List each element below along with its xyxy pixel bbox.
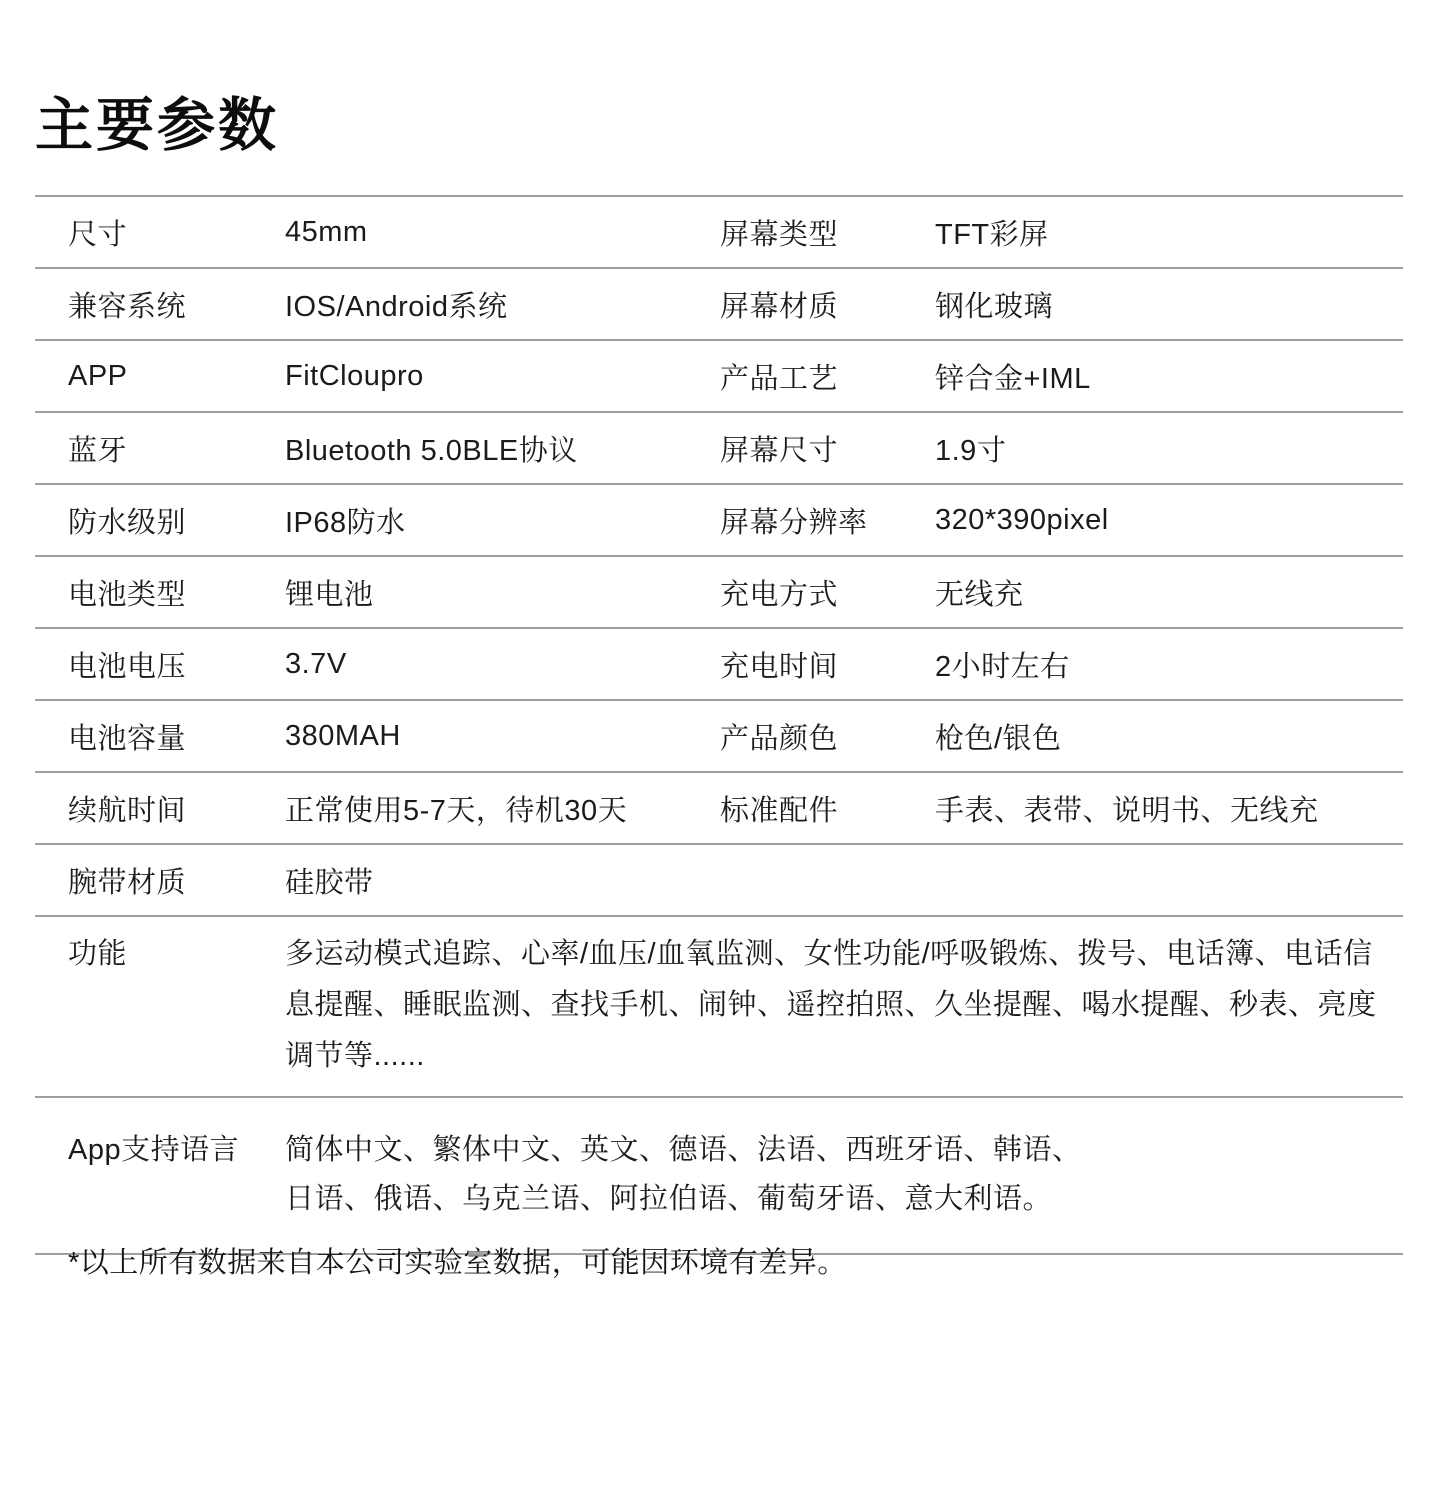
spec-label: 屏幕分辨率 (720, 500, 935, 541)
spec-label: 腕带材质 (35, 860, 285, 901)
spec-value: 正常使用5-7天，待机30天 (285, 788, 720, 829)
spec-value: IOS/Android系统 (285, 284, 720, 325)
table-row: 电池类型 锂电池 充电方式 无线充 (35, 557, 1403, 629)
table-row: 电池电压 3.7V 充电时间 2小时左右 (35, 629, 1403, 701)
spec-value: 3.7V (285, 648, 720, 681)
spec-value: 枪色/银色 (935, 716, 1403, 757)
spec-label: 充电方式 (720, 572, 935, 613)
page-title: 主要参数 (35, 78, 279, 162)
spec-label: 尺寸 (35, 212, 285, 253)
spec-value: TFT彩屏 (935, 212, 1403, 253)
spec-label: 充电时间 (720, 644, 935, 685)
table-row: APP FitCloupro 产品工艺 锌合金+IML (35, 341, 1403, 413)
spec-label: 产品颜色 (720, 716, 935, 757)
spec-label: 电池类型 (35, 572, 285, 613)
spec-label: 续航时间 (35, 788, 285, 829)
spec-value: 无线充 (935, 572, 1403, 613)
footnote: *以上所有数据来自本公司实验室数据，可能因环境有差异。 (68, 1240, 847, 1281)
languages-line-2: 日语、俄语、乌克兰语、阿拉伯语、葡萄牙语、意大利语。 (285, 1175, 1397, 1224)
spec-label: 标准配件 (720, 788, 935, 829)
spec-value: 2小时左右 (935, 644, 1403, 685)
table-row: 电池容量 380MAH 产品颜色 枪色/银色 (35, 701, 1403, 773)
spec-value: 45mm (285, 216, 720, 249)
spec-label: 屏幕材质 (720, 284, 935, 325)
table-row: 尺寸 45mm 屏幕类型 TFT彩屏 (35, 197, 1403, 269)
spec-label: 兼容系统 (35, 284, 285, 325)
spec-value: 380MAH (285, 720, 720, 753)
spec-value: IP68防水 (285, 500, 720, 541)
table-row: 蓝牙 Bluetooth 5.0BLE协议 屏幕尺寸 1.9寸 (35, 413, 1403, 485)
spec-label: 屏幕类型 (720, 212, 935, 253)
spec-label: 屏幕尺寸 (720, 428, 935, 469)
spec-value: 320*390pixel (935, 504, 1403, 537)
spec-value: 钢化玻璃 (935, 284, 1403, 325)
spec-label: 产品工艺 (720, 356, 935, 397)
spec-label: 功能 (35, 929, 285, 980)
spec-value: Bluetooth 5.0BLE协议 (285, 428, 720, 469)
spec-label: 蓝牙 (35, 428, 285, 469)
spec-table: 尺寸 45mm 屏幕类型 TFT彩屏 兼容系统 IOS/Android系统 屏幕… (35, 195, 1403, 1255)
spec-value: 锂电池 (285, 572, 720, 613)
spec-value: 硅胶带 (285, 860, 720, 901)
spec-label: 电池容量 (35, 716, 285, 757)
spec-label: 电池电压 (35, 644, 285, 685)
spec-value: FitCloupro (285, 360, 720, 393)
spec-sheet-page: 主要参数 尺寸 45mm 屏幕类型 TFT彩屏 兼容系统 IOS/Android… (0, 0, 1440, 1488)
spec-value: 多运动模式追踪、心率/血压/血氧监测、女性功能/呼吸锻炼、拨号、电话簿、电话信息… (285, 929, 1403, 1082)
spec-value: 简体中文、繁体中文、英文、德语、法语、西班牙语、韩语、 日语、俄语、乌克兰语、阿… (285, 1126, 1403, 1224)
spec-label: 防水级别 (35, 500, 285, 541)
table-row: 兼容系统 IOS/Android系统 屏幕材质 钢化玻璃 (35, 269, 1403, 341)
spec-value: 锌合金+IML (935, 356, 1403, 397)
table-row-languages: App支持语言 简体中文、繁体中文、英文、德语、法语、西班牙语、韩语、 日语、俄… (35, 1098, 1403, 1255)
spec-label: App支持语言 (35, 1126, 285, 1175)
languages-line-1: 简体中文、繁体中文、英文、德语、法语、西班牙语、韩语、 (285, 1126, 1397, 1175)
table-row: 续航时间 正常使用5-7天，待机30天 标准配件 手表、表带、说明书、无线充 (35, 773, 1403, 845)
spec-label: APP (35, 360, 285, 393)
spec-value: 1.9寸 (935, 428, 1403, 469)
table-row: 腕带材质 硅胶带 (35, 845, 1403, 917)
spec-value: 手表、表带、说明书、无线充 (935, 788, 1403, 829)
table-row: 防水级别 IP68防水 屏幕分辨率 320*390pixel (35, 485, 1403, 557)
table-row-features: 功能 多运动模式追踪、心率/血压/血氧监测、女性功能/呼吸锻炼、拨号、电话簿、电… (35, 917, 1403, 1098)
